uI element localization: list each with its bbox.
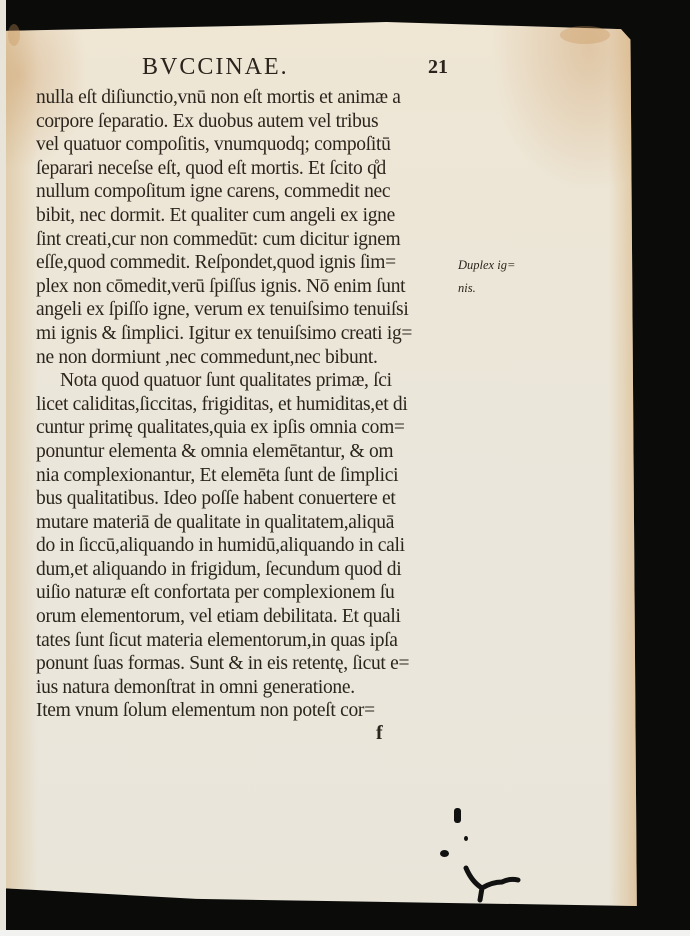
body-text: nulla eſt diſiunctio,vnū non eſt mortis … <box>36 86 466 723</box>
text-line: nulla eſt diſiunctio,vnū non eſt mortis … <box>36 86 466 110</box>
text-line: uiſio naturæ eſt confortata per complexi… <box>36 581 466 605</box>
ink-stroke <box>460 860 524 908</box>
text-line: Item vnum ſolum elementum non poteſt cor… <box>36 699 466 723</box>
text-line: angeli ex ſpiſſo igne, verum ex tenuiſsi… <box>36 298 466 322</box>
text-line: dum,et aliquando in frigidum, ſecundum q… <box>36 558 466 582</box>
scan-frame-bottom-edge <box>0 930 690 936</box>
text-line: mutare materiā de qualitate in qualitate… <box>36 511 466 535</box>
catchword: f <box>376 722 383 745</box>
text-line: nullum compoſitum igne carens, commedit … <box>36 180 466 204</box>
text-line: do in ſiccū,aliquando in humidū,aliquand… <box>36 534 466 558</box>
page-number: 21 <box>428 56 448 79</box>
text-line: ponunt ſuas formas. Sunt & in eis retent… <box>36 652 466 676</box>
ink-mark <box>464 836 468 841</box>
margin-note: nis. <box>458 281 476 296</box>
text-line: ſeparari neceſse eſt, quod eſt mortis. E… <box>36 157 466 181</box>
text-line: bibit, nec dormit. Et qualiter cum angel… <box>36 204 466 228</box>
text-line: nia complexionantur, Et elemēta ſunt de … <box>36 464 466 488</box>
scan-frame-left-edge <box>0 0 6 936</box>
text-line: vel quatuor compoſitis, vnumquodq; compo… <box>36 133 466 157</box>
text-line: ne non dormiunt ,nec commedunt,nec bibun… <box>36 346 466 370</box>
ink-mark <box>440 850 449 857</box>
text-line: cuntur primę qualitates,quia ex ipſis om… <box>36 416 466 440</box>
paragraph-start-line: Nota quod quatuor ſunt qualitates primæ,… <box>36 369 466 393</box>
text-line: ius natura demonſtrat in omni generation… <box>36 676 466 700</box>
foxing-stain <box>8 24 20 46</box>
running-head: BVCCINAE. <box>142 54 289 81</box>
text-line: orum elementorum, vel etiam debilitata. … <box>36 605 466 629</box>
margin-note: Duplex ig= <box>458 258 515 273</box>
ink-mark <box>454 808 461 823</box>
text-line: plex non cōmedit,verū ſpiſſus ignis. Nō … <box>36 275 466 299</box>
text-line: ponuntur elementa & omnia elemētantur, &… <box>36 440 466 464</box>
text-line: corpore ſeparatio. Ex duobus autem vel t… <box>36 110 466 134</box>
text-line: eſſe,quod commedit. Reſpondet,quod ignis… <box>36 251 466 275</box>
text-line: tates ſunt ſicut materia elementorum,in … <box>36 629 466 653</box>
text-line: mi ignis & ſimplici. Igitur ex tenuiſsim… <box>36 322 466 346</box>
text-line: bus qualitatibus. Ideo poſſe habent conu… <box>36 487 466 511</box>
text-line: ſint creati,cur non commedūt: cum dicitu… <box>36 228 466 252</box>
text-line: licet caliditas,ſiccitas, frigiditas, et… <box>36 393 466 417</box>
foxing-stain <box>560 26 610 44</box>
